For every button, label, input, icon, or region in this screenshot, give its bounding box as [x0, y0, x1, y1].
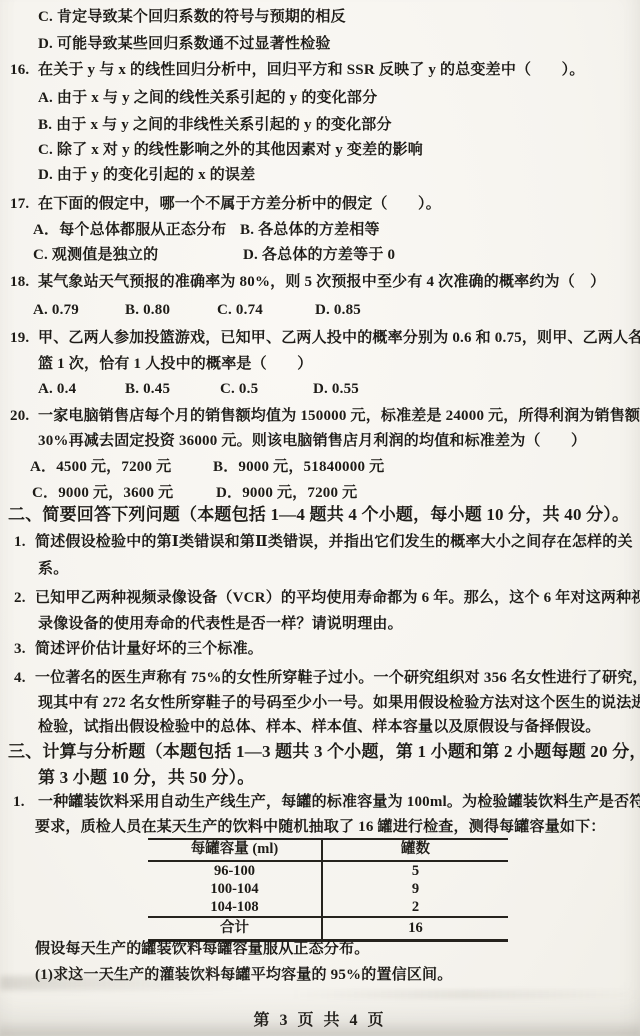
question-16: 16.在关于 y 与 x 的线性回归分析中，回归平方和 SSR 反映了 y 的总… [10, 62, 585, 79]
question-17-text: 在下面的假定中，哪一个不属于方差分析中的假定（ ）。 [38, 196, 441, 212]
table-cell-range-1: 96-100 [148, 862, 323, 880]
q16-option-b: B. 由于 x 与 y 之间的非线性关系引起的 y 的变化部分 [38, 117, 392, 134]
q16-option-a: A. 由于 x 与 y 之间的线性关系引起的 y 的变化部分 [38, 90, 377, 107]
section2-item-1-line2: 系。 [38, 561, 68, 578]
section2-item-4: 4.一位著名的医生声称有 75%的女性所穿鞋子过小。一个研究组织对 356 名女… [14, 670, 640, 687]
question-18: 18.某气象站天气预报的准确率为 80%，则 5 次预报中至少有 4 次准确的概… [10, 274, 605, 291]
table-header-count: 罐数 [323, 840, 508, 860]
question-18-text: 某气象站天气预报的准确率为 80%，则 5 次预报中至少有 4 次准确的概率约为… [38, 274, 605, 290]
page-footer: 第 3 页 共 4 页 [0, 1007, 640, 1030]
question-18-number: 18. [10, 274, 38, 291]
question-19-text-line2: 篮 1 次，恰有 1 人投中的概率是（ ） [38, 356, 312, 373]
table-header-capacity: 每罐容量 (ml) [148, 840, 323, 860]
question-19-text-line1: 甲、乙两人参加投篮游戏，已知甲、乙两人投中的概率分别为 0.6 和 0.75，则… [38, 330, 640, 346]
table-total-label: 合计 [148, 918, 323, 939]
question-20-number: 20. [10, 408, 38, 425]
section-3-heading-line2: 第 3 小题 10 分，共 50 分）。 [38, 769, 255, 786]
table-row: 104-108 2 [148, 898, 508, 916]
q17-option-a: A．每个总体都服从正态分布 [33, 222, 226, 239]
section2-item-3-number: 3. [14, 641, 35, 658]
q19-option-a: A. 0.4 [38, 381, 76, 398]
section2-item-4-line1: 一位著名的医生声称有 75%的女性所穿鞋子过小。一个研究组织对 356 名女性进… [35, 670, 640, 686]
section2-item-3-line1: 简述评价估计量好坏的三个标准。 [35, 641, 263, 657]
section2-item-4-number: 4. [14, 670, 35, 687]
section2-item-1-line1: 简述假设检验中的第Ⅰ类错误和第Ⅱ类错误，并指出它们发生的概率大小之间存在怎样的关 [35, 534, 633, 550]
calc-item-1-part1: (1)求这一天生产的灌装饮料每罐平均容量的 95%的置信区间。 [35, 967, 452, 984]
q18-option-c: C. 0.74 [217, 302, 263, 319]
q18-option-d: D. 0.85 [315, 302, 361, 319]
q20-option-d: D．9000 元，7200 元 [216, 485, 357, 502]
calc-item-1-assumption: 假设每天生产的罐装饮料每罐容量服从正态分布。 [35, 941, 369, 958]
section2-item-3: 3.简述评价估计量好坏的三个标准。 [14, 641, 263, 658]
table-total-row: 合计 16 [148, 916, 508, 939]
q17-option-d: D. 各总体的方差等于 0 [243, 247, 395, 264]
section2-item-1-number: 1. [14, 534, 35, 551]
question-20: 20.一家电脑销售店每个月的销售额均值为 150000 元，标准差是 24000… [10, 408, 640, 425]
question-16-number: 16. [10, 62, 38, 79]
q17-option-b: B. 各总体的方差相等 [240, 222, 380, 239]
table-cell-count-3: 2 [323, 898, 508, 916]
table-header-row: 每罐容量 (ml) 罐数 [148, 840, 508, 862]
table-row: 100-104 9 [148, 880, 508, 898]
q19-option-c: C. 0.5 [220, 381, 258, 398]
calc-item-1-line2: 要求，质检人员在某天生产的饮料中随机抽取了 16 罐进行检查，测得每罐容量如下： [35, 819, 606, 836]
section2-item-4-line2: 现其中有 272 名女性所穿鞋子的号码至少小一号。如果用假设检验方法对这个医生的… [38, 695, 640, 712]
table-cell-count-2: 9 [323, 880, 508, 898]
section-3-heading-line1: 三、计算与分析题（本题包括 1—3 题共 3 个小题，第 1 小题和第 2 小题… [8, 743, 640, 760]
question-19: 19.甲、乙两人参加投篮游戏，已知甲、乙两人投中的概率分别为 0.6 和 0.7… [10, 330, 640, 347]
exam-page: C. 肯定导致某个回归系数的符号与预期的相反 D. 可能导致某些回归系数通不过显… [0, 0, 640, 1036]
q20-option-b: B．9000 元，51840000 元 [213, 459, 384, 476]
q16-option-c: C. 除了 x 对 y 的线性影响之外的其他因素对 y 变差的影响 [38, 142, 423, 159]
section2-item-1: 1.简述假设检验中的第Ⅰ类错误和第Ⅱ类错误，并指出它们发生的概率大小之间存在怎样… [14, 534, 633, 551]
q15-option-d: D. 可能导致某些回归系数通不过显著性检验 [38, 36, 331, 53]
capacity-frequency-table: 每罐容量 (ml) 罐数 96-100 5 100-104 9 104-108 … [148, 838, 508, 942]
table-total-value: 16 [323, 918, 508, 939]
calc-item-1-number: 1. [13, 794, 38, 811]
section2-item-2-number: 2. [14, 590, 35, 607]
q18-option-a: A. 0.79 [33, 302, 79, 319]
section-2-heading: 二、简要回答下列问题（本题包括 1—4 题共 4 个小题，每小题 10 分，共 … [8, 506, 629, 523]
question-19-number: 19. [10, 330, 38, 347]
q15-option-c: C. 肯定导致某个回归系数的符号与预期的相反 [38, 9, 346, 26]
table-cell-range-2: 100-104 [148, 880, 323, 898]
table-row: 96-100 5 [148, 862, 508, 880]
q17-option-c: C. 观测值是独立的 [33, 247, 158, 264]
question-20-text-line2: 30%再减去固定投资 36000 元。则该电脑销售店月利润的均值和标准差为（ ） [38, 433, 586, 450]
question-17: 17.在下面的假定中，哪一个不属于方差分析中的假定（ ）。 [10, 196, 441, 213]
q20-option-c: C．9000 元，3600 元 [32, 485, 173, 502]
section2-item-4-line3: 检验，试指出假设检验中的总体、样本、样本值、样本容量以及原假设与备择假设。 [38, 719, 600, 736]
question-16-text: 在关于 y 与 x 的线性回归分析中，回归平方和 SSR 反映了 y 的总变差中… [38, 62, 585, 78]
question-20-text-line1: 一家电脑销售店每个月的销售额均值为 150000 元，标准差是 24000 元，… [38, 408, 640, 424]
q16-option-d: D. 由于 y 的变化引起的 x 的误差 [38, 167, 255, 184]
table-cell-count-1: 5 [323, 862, 508, 880]
section2-item-2-line1: 已知甲乙两种视频录像设备（VCR）的平均使用寿命都为 6 年。那么，这个 6 年… [35, 590, 640, 606]
section2-item-2-line2: 录像设备的使用寿命的代表性是否一样？请说明理由。 [38, 616, 403, 633]
q19-option-b: B. 0.45 [125, 381, 170, 398]
table-cell-range-3: 104-108 [148, 898, 323, 916]
q19-option-d: D. 0.55 [313, 381, 359, 398]
calc-item-1-line1: 一种罐装饮料采用自动生产线生产，每罐的标准容量为 100ml。为检验罐装饮料生产… [38, 794, 640, 810]
section2-item-2: 2.已知甲乙两种视频录像设备（VCR）的平均使用寿命都为 6 年。那么，这个 6… [14, 590, 640, 607]
scan-smudge [290, 990, 640, 999]
question-17-number: 17. [10, 196, 38, 213]
q20-option-a: A．4500 元，7200 元 [30, 459, 171, 476]
calc-item-1: 1.一种罐装饮料采用自动生产线生产，每罐的标准容量为 100ml。为检验罐装饮料… [13, 794, 640, 811]
q18-option-b: B. 0.80 [125, 302, 170, 319]
